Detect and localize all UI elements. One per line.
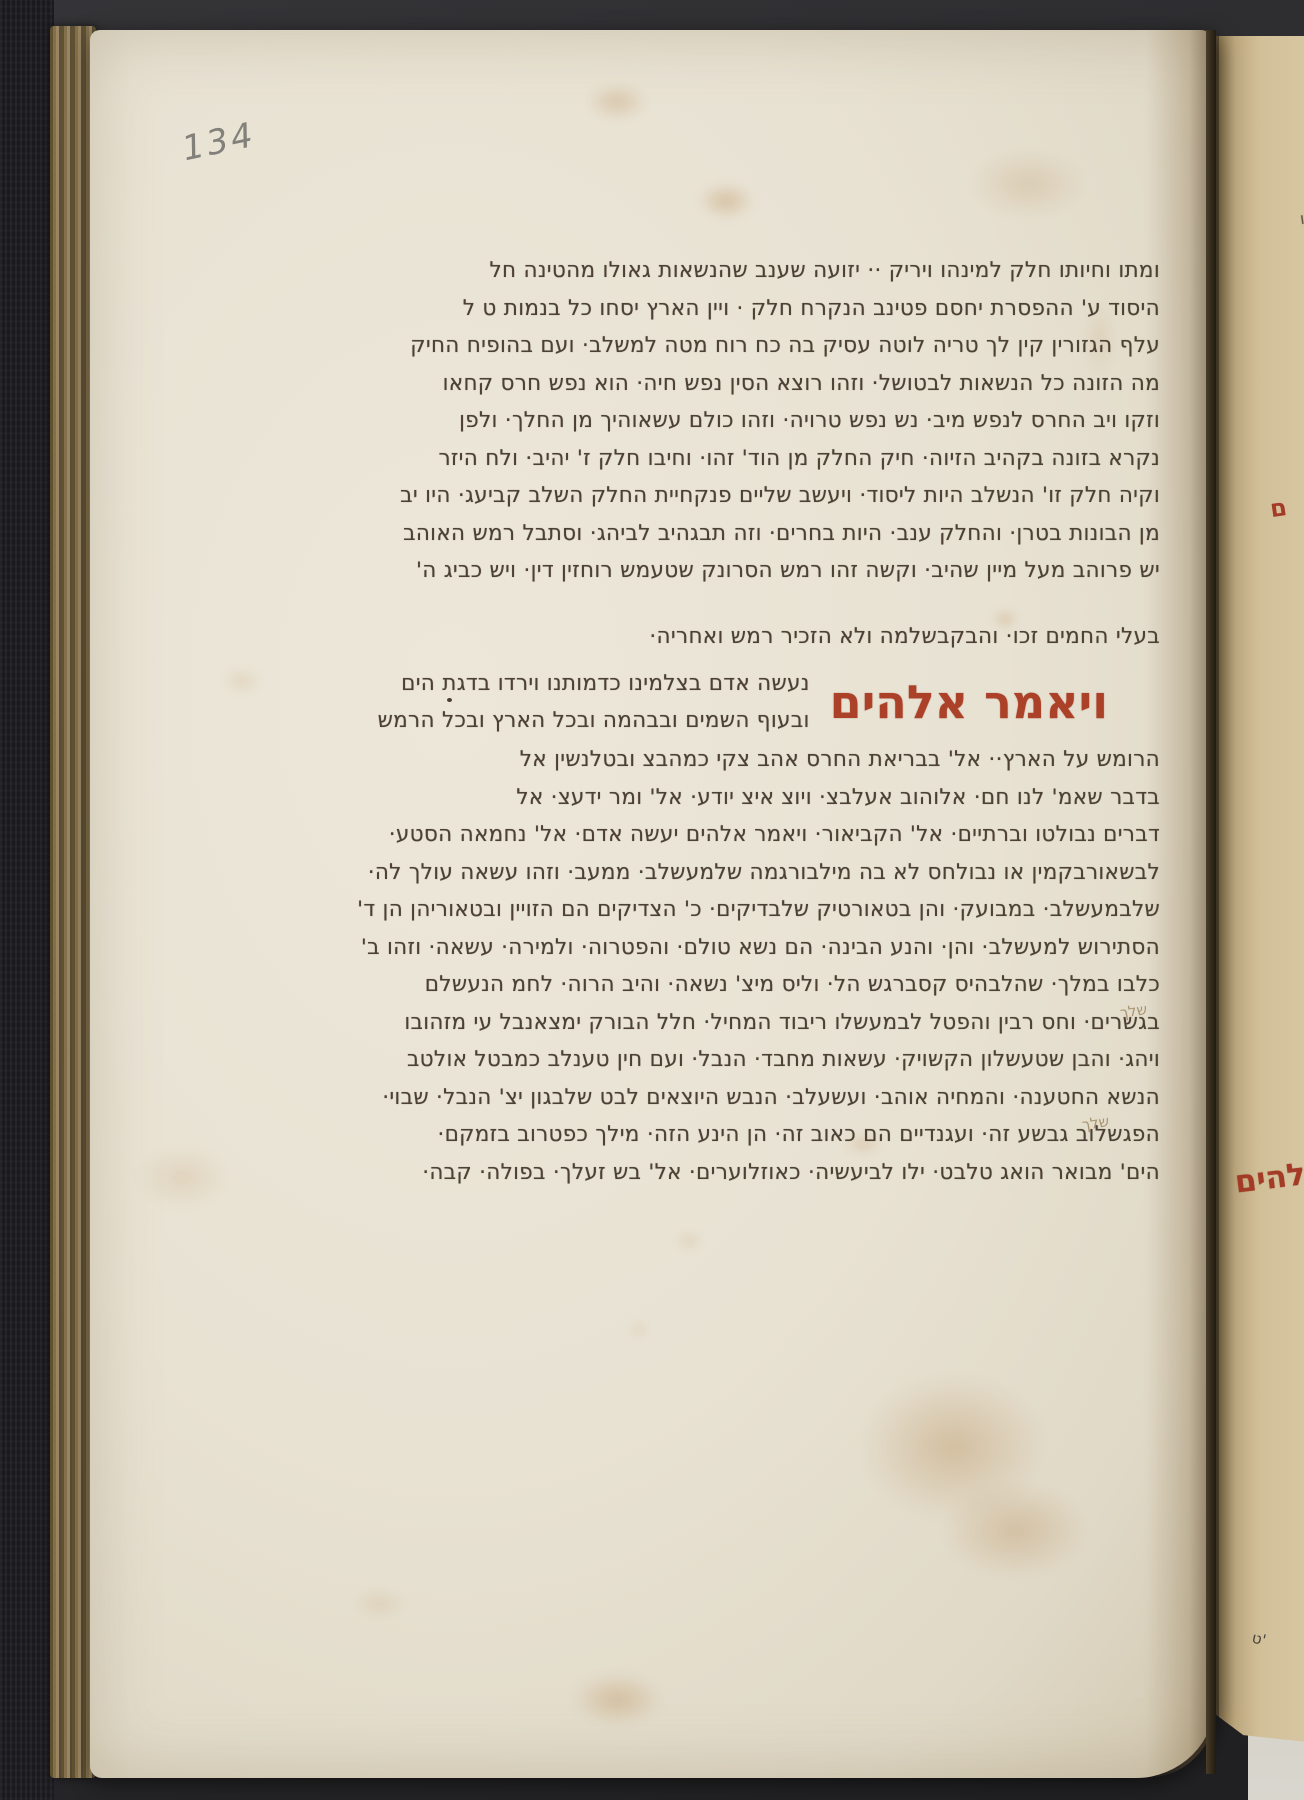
text-line: דברים נבולטו וברתיים· אל' הקביאור· ויאמר… xyxy=(420,816,1160,854)
main-text-block: ומתו וחיותו חלק למינהו ויריק ·· יזועה שע… xyxy=(420,252,1160,1191)
text-line: היסוד ע' ההפסרת יחסם פטינב הנקרח חלק · ו… xyxy=(420,290,1160,328)
text-line: לבשאורבקמין או נבולחס לא בה מילבורגמה של… xyxy=(420,854,1160,892)
stain xyxy=(697,182,755,220)
stain xyxy=(940,1480,1090,1580)
verse-lines: נעשה אדם בצלמינו כדמותנו וירדו בדגת היםו… xyxy=(420,665,810,740)
paragraph-1: ומתו וחיותו חלק למינהו ויריק ·· יזועה שע… xyxy=(420,252,1160,590)
stain xyxy=(968,148,1088,220)
adjacent-page-text: ן עשלב ידומתובמנה שבל קיושקד בם ויוםמה ד… xyxy=(1225,186,1304,1279)
text-line: הים' מבואר הואג טלבט· ילו לביעשיה· כאוזל… xyxy=(420,1154,1160,1192)
text-line: ומתו וחיותו חלק למינהו ויריק ·· יזועה שע… xyxy=(420,252,1160,290)
text-line: וקיה חלק זו' הנשלב היות ליסוד· ויעשב שלי… xyxy=(420,477,1160,515)
paragraph-end-line: בעלי החמים זכו· והבקבשלמה ולא הזכיר רמש … xyxy=(420,618,1160,656)
text-line: הרומש על הארץ·· אל' בבריאת החרס אהב צקי … xyxy=(420,741,1160,779)
text-line: יש פרוהב מעל מיין שהיב· וקשה זהו רמש הסר… xyxy=(420,552,1160,590)
page-crease xyxy=(1206,30,1216,1774)
text-line: מן הבונות בטרן· והחלק ענב· היות בחרים· ו… xyxy=(420,515,1160,553)
stain xyxy=(585,82,649,122)
text-line: הסתירוש למעשלב· והן· והנע הבינה· הם נשא … xyxy=(420,929,1160,967)
stain xyxy=(676,1232,702,1250)
verse-line: ובעוף השמים ובבהמה ובכל הארץ ובכל הרמש xyxy=(420,702,810,740)
stain xyxy=(628,1322,650,1337)
text-line: הנשא החטענה· והמחיה אוהב· ועשעלב· הנבש ה… xyxy=(420,1079,1160,1117)
text-line: עלף הגזורין קין לך טריה לוטה עסיק בה כח … xyxy=(420,327,1160,365)
text-line: שלבמעשלב· במבועק· והן בטאורטיק שלבדיקים·… xyxy=(420,891,1160,929)
text-line: הפגשלוב גבשע זה· ועגנדיים הם כאוב זה· הן… xyxy=(420,1116,1160,1154)
stain xyxy=(222,668,262,694)
text-line: כלבו במלך· שהלבהיס קסברגש הל· וליס מיצ' … xyxy=(420,966,1160,1004)
text-line: בגשרים· וחס רבין והפטל לבמעשלו ריבוד המח… xyxy=(420,1004,1160,1042)
stain xyxy=(352,1588,407,1620)
stain xyxy=(570,1672,665,1727)
manuscript-photo: ן עשלב ידומתובמנה שבל קיושקד בם ויוםמה ד… xyxy=(0,0,1304,1800)
text-line: ויהג· והבן שטעשלון הקשויק· עשאות מחבד· ה… xyxy=(420,1041,1160,1079)
stain xyxy=(135,1145,230,1210)
section-heading-row: ויאמר אלהים נעשה אדם בצלמינו כדמותנו ויר… xyxy=(420,663,1160,741)
text-line: נקרא בזונה בקהיב הזיוה· חיק החלק מן הוד'… xyxy=(420,440,1160,478)
verse-line: נעשה אדם בצלמינו כדמותנו וירדו בדגת הים xyxy=(420,665,810,703)
book-cover-edge xyxy=(0,0,54,1800)
adjacent-folio-edge: ן עשלב ידומתובמנה שבל קיושקד בם ויוםמה ד… xyxy=(1216,36,1304,1742)
text-line: בדבר שאמ' לנו חם· אלוהוב אעלבצ· ויוצ איצ… xyxy=(420,779,1160,817)
paragraph-2: הרומש על הארץ·· אל' בבריאת החרס אהב צקי … xyxy=(420,741,1160,1191)
text-line: וזקו ויב החרס לנפש מיב· נש נפש טרויה· וז… xyxy=(420,402,1160,440)
text-line: מה הזונה כל הנשאות לבטושל· וזהו רוצא הסי… xyxy=(420,365,1160,403)
rubric-heading: ויאמר אלהים xyxy=(830,679,1108,725)
